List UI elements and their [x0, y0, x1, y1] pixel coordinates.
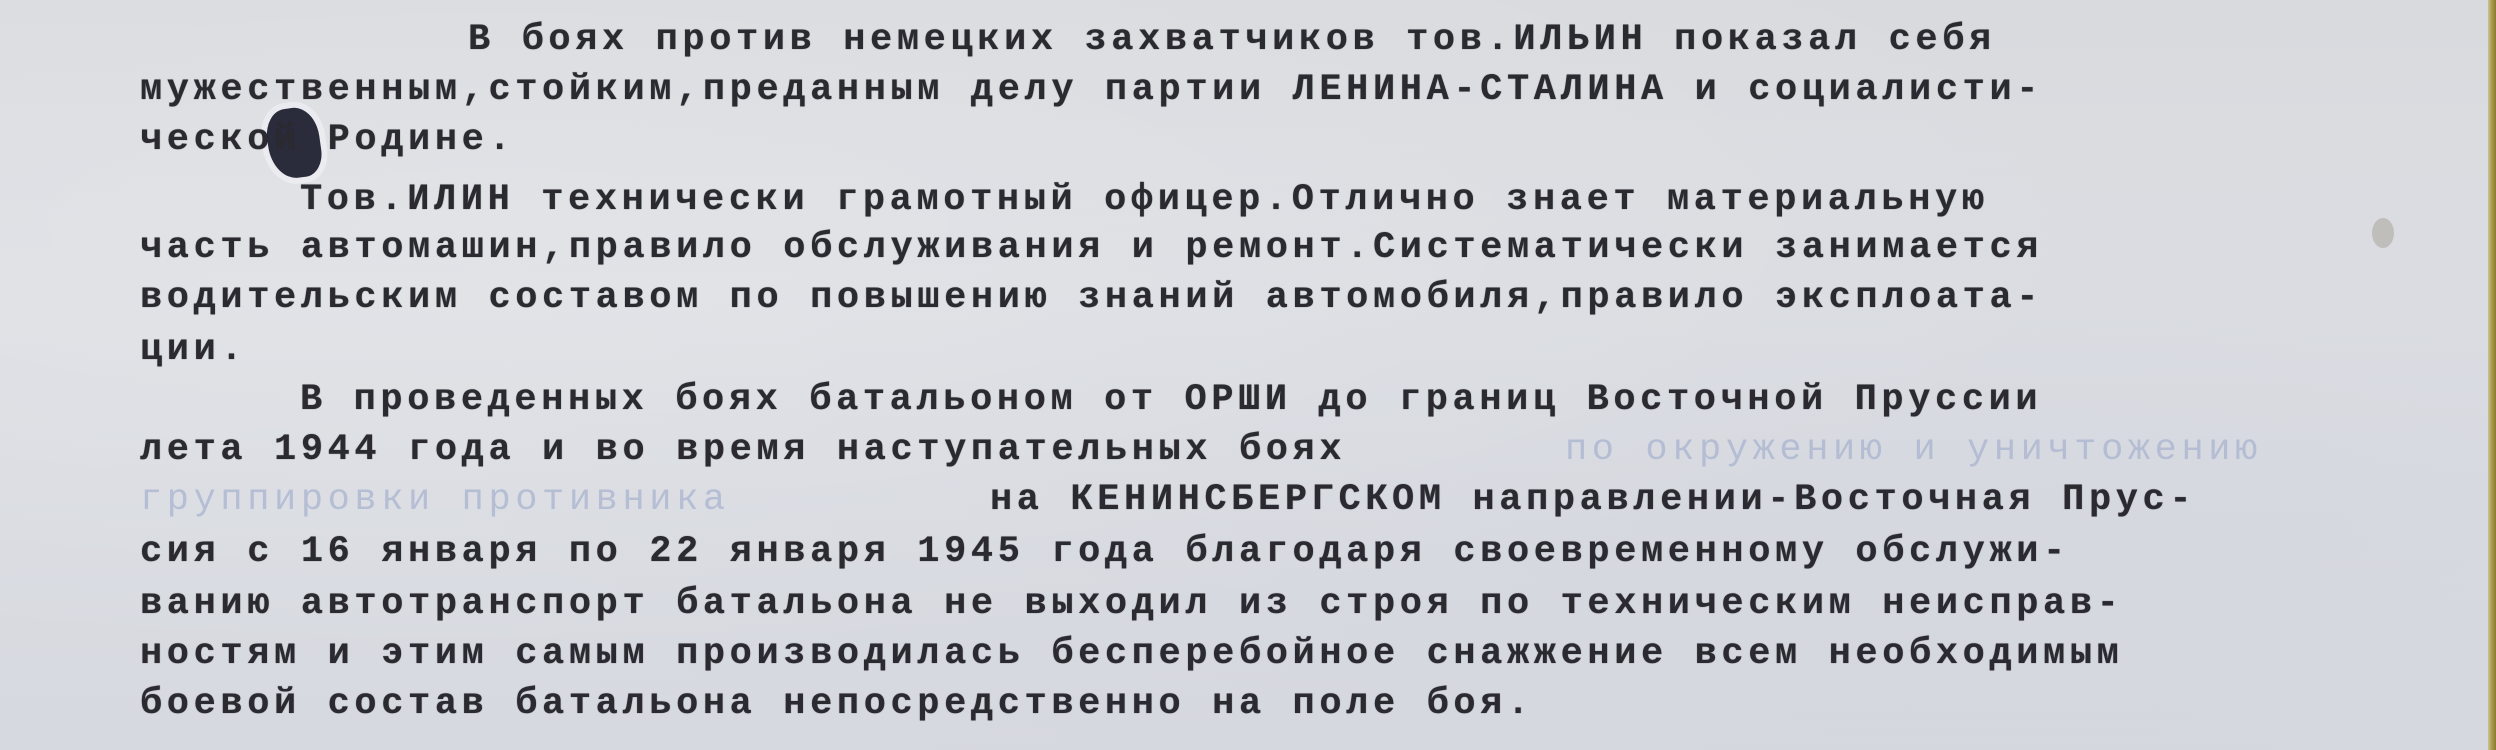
- text-line: В боях против немецких захватчиков тов.И…: [468, 20, 1996, 60]
- text-line: на КЕНИНСБЕРГСКОМ направлении-Восточная …: [990, 480, 2196, 520]
- text-line: сия с 16 января по 22 января 1945 года б…: [140, 532, 2070, 572]
- stain-spot: [2372, 218, 2394, 248]
- text-line: ческой Родине.: [140, 120, 515, 160]
- text-line: мужественным,стойким,преданным делу парт…: [140, 70, 2043, 110]
- text-line: ции.: [140, 330, 247, 370]
- text-line: В проведенных боях батальоном от ОРШИ до…: [300, 380, 2042, 420]
- text-line: Тов.ИЛИН технически грамотный офицер.Отл…: [300, 180, 1989, 220]
- faded-text: по окружению и уничтожению: [1565, 430, 2262, 470]
- text-line: часть автомашин,правило обслуживания и р…: [140, 228, 2043, 268]
- text-line: ванию автотранспорт батальона не выходил…: [140, 584, 2123, 624]
- page-edge: [2488, 0, 2496, 750]
- text-line: водительским составом по повышению знани…: [140, 278, 2043, 318]
- text-line: боевой состав батальона непосредственно …: [140, 684, 1534, 724]
- text-line: лета 1944 года и во время наступательных…: [140, 430, 1346, 470]
- faded-text: группировки противника: [140, 480, 730, 520]
- text-line: ностям и этим самым производилась беспер…: [140, 634, 2123, 674]
